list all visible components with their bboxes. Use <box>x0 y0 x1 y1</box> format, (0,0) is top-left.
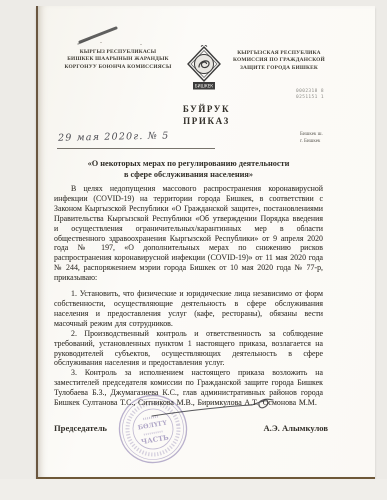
order-body: В целях недопущения массового распростра… <box>54 184 323 408</box>
place-kyrgyz: Бишкек ш. <box>300 132 350 139</box>
letterhead-kyrgyz-line: КОРГОНУУ БОЮНЧА КОМИССИЯСЫ <box>48 64 188 71</box>
form-serial-line: 0251151 1 <box>296 95 366 101</box>
document-title: «О некоторых мерах по регулированию деят… <box>54 158 323 180</box>
emblem-caption: БИШКЕК <box>195 84 213 89</box>
round-stamp: БӨЛҮГҮ ЧАСТЬ <box>114 390 192 468</box>
scanned-order-document: КЫРГЫЗ РЕСПУБЛИКАСЫ БИШКЕК ШААРЫНЫН ЖАРА… <box>0 0 387 500</box>
stamp-word-bolugu: БӨЛҮГҮ <box>137 419 168 431</box>
scan-speck <box>100 42 102 43</box>
chairman-name: А.Э. Алымкулов <box>248 423 328 433</box>
scan-background <box>0 479 387 500</box>
form-serial-numbers: 0002318 8 0251151 1 <box>296 89 366 100</box>
doc-type-russian: ПРИКАЗ <box>54 116 359 128</box>
place-designation: Бишкек ш. г. Бишкек <box>300 132 350 145</box>
scan-speck <box>140 44 142 45</box>
date-underline <box>57 147 215 149</box>
letterhead-russian-line: ЗАЩИТЕ ГОРОДА БИШКЕК <box>218 65 340 72</box>
doc-type-kyrgyz: БУЙРУК <box>54 104 359 116</box>
document-page: КЫРГЫЗ РЕСПУБЛИКАСЫ БИШКЕК ШААРЫНЫН ЖАРА… <box>36 6 375 479</box>
letterhead-russian-line: КОМИССИЯ ПО ГРАЖДАНСКОЙ <box>218 57 340 64</box>
letterhead-kyrgyz-line: КЫРГЫЗ РЕСПУБЛИКАСЫ <box>48 49 188 56</box>
body-intro-paragraph: В целях недопущения массового распростра… <box>54 184 323 283</box>
letterhead-kyrgyz-line: БИШКЕК ШААРЫНЫН ЖАРАНДЫК <box>48 56 188 63</box>
letterhead-russian: КЫРГЫЗСКАЯ РЕСПУБЛИКА КОМИССИЯ ПО ГРАЖДА… <box>218 50 340 72</box>
bishkek-emblem-icon: БИШКЕК <box>186 45 222 97</box>
document-type-heading: БУЙРУК ПРИКАЗ <box>54 104 359 127</box>
document-title-line: «О некоторых мерах по регулированию деят… <box>54 158 323 169</box>
letterhead-kyrgyz: КЫРГЫЗ РЕСПУБЛИКАСЫ БИШКЕК ШААРЫНЫН ЖАРА… <box>48 49 188 71</box>
order-item-1: 1. Установить, что физические и юридичес… <box>54 289 323 329</box>
handwritten-date: 29 мая 2020г. № 5 <box>58 129 228 144</box>
chairman-label: Председатель <box>54 423 107 433</box>
order-item-2: 2. Производственный контроль и ответстве… <box>54 329 323 369</box>
place-russian: г. Бишкек <box>300 139 350 146</box>
document-title-line: в сфере обслуживания населения» <box>54 169 323 180</box>
